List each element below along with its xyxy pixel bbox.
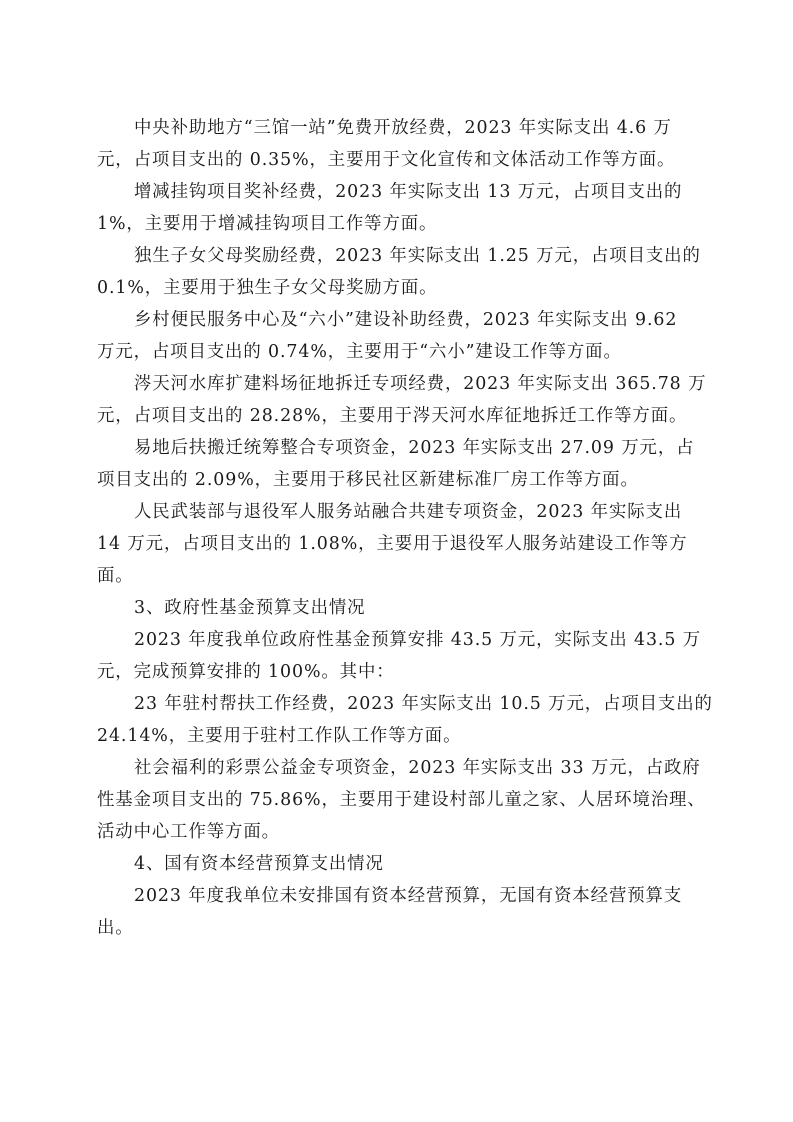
paragraph-tuiyi-junren-line-3: 面。 xyxy=(97,565,134,587)
paragraph-tuiyi-junren-line-2: 14 万元，占项目支出的 1.08%，主要用于退役军人服务站建设工作等方 xyxy=(97,533,687,555)
paragraph-state-capital-line-2: 出。 xyxy=(97,917,134,939)
paragraph-sanguan-yizhan-line-1: 中央补助地方“三馆一站”免费开放经费，2023 年实际支出 4.6 万 xyxy=(134,117,672,139)
paragraph-fund-budget-line-2: 元，完成预算安排的 100%。其中： xyxy=(97,661,395,683)
paragraph-sanguan-yizhan-line-2: 元，占项目支出的 0.35%，主要用于文化宣传和文体活动工作等方面。 xyxy=(97,149,675,171)
paragraph-zhucun-bangfu-line-2: 24.14%，主要用于驻村工作队工作等方面。 xyxy=(97,725,461,747)
paragraph-tuiyi-junren-line-1: 人民武装部与退役军人服务站融合共建专项资金，2023 年实际支出 xyxy=(134,501,682,523)
section-heading-state-capital: 4、国有资本经营预算支出情况 xyxy=(134,853,384,875)
section-heading-government-fund: 3、政府性基金预算支出情况 xyxy=(134,597,365,619)
document-page: 中央补助地方“三馆一站”免费开放经费，2023 年实际支出 4.6 万 元，占项… xyxy=(0,0,793,1122)
paragraph-centianhe-line-1: 涔天河水库扩建料场征地拆迁专项经费，2023 年实际支出 365.78 万 xyxy=(134,373,706,395)
paragraph-caipiao-gongyijin-line-1: 社会福利的彩票公益金专项资金，2023 年实际支出 33 万元，占政府 xyxy=(134,757,701,779)
paragraph-zengjian-guagou-line-1: 增减挂钩项目奖补经费，2023 年实际支出 13 万元，占项目支出的 xyxy=(134,181,682,203)
paragraph-zengjian-guagou-line-2: 1%，主要用于增减挂钩项目工作等方面。 xyxy=(97,213,437,235)
paragraph-state-capital-line-1: 2023 年度我单位未安排国有资本经营预算，无国有资本经营预算支 xyxy=(134,885,682,907)
paragraph-centianhe-line-2: 元，占项目支出的 28.28%，主要用于涔天河水库征地拆迁工作等方面。 xyxy=(97,405,687,427)
paragraph-caipiao-gongyijin-line-2: 性基金项目支出的 75.86%，主要用于建设村部儿童之家、人居环境治理、 xyxy=(97,789,706,811)
paragraph-caipiao-gongyijin-line-3: 活动中心工作等方面。 xyxy=(97,821,280,843)
paragraph-liuxiao-line-1: 乡村便民服务中心及“六小”建设补助经费，2023 年实际支出 9.62 xyxy=(134,309,677,331)
paragraph-dusheng-zinv-line-1: 独生子女父母奖励经费，2023 年实际支出 1.25 万元，占项目支出的 xyxy=(134,245,701,267)
paragraph-fund-budget-line-1: 2023 年度我单位政府性基金预算安排 43.5 万元，实际支出 43.5 万 xyxy=(134,629,701,651)
paragraph-liuxiao-line-2: 万元，占项目支出的 0.74%，主要用于“六小”建设工作等方面。 xyxy=(97,341,622,363)
paragraph-zhucun-bangfu-line-1: 23 年驻村帮扶工作经费，2023 年实际支出 10.5 万元，占项目支出的 xyxy=(134,693,713,715)
paragraph-yidi-banqian-line-2: 项目支出的 2.09%，主要用于移民社区新建标准厂房工作等方面。 xyxy=(97,469,639,491)
paragraph-dusheng-zinv-line-2: 0.1%，主要用于独生子女父母奖励方面。 xyxy=(97,277,437,299)
paragraph-yidi-banqian-line-1: 易地后扶搬迁统筹整合专项资金，2023 年实际支出 27.09 万元，占 xyxy=(134,437,694,459)
